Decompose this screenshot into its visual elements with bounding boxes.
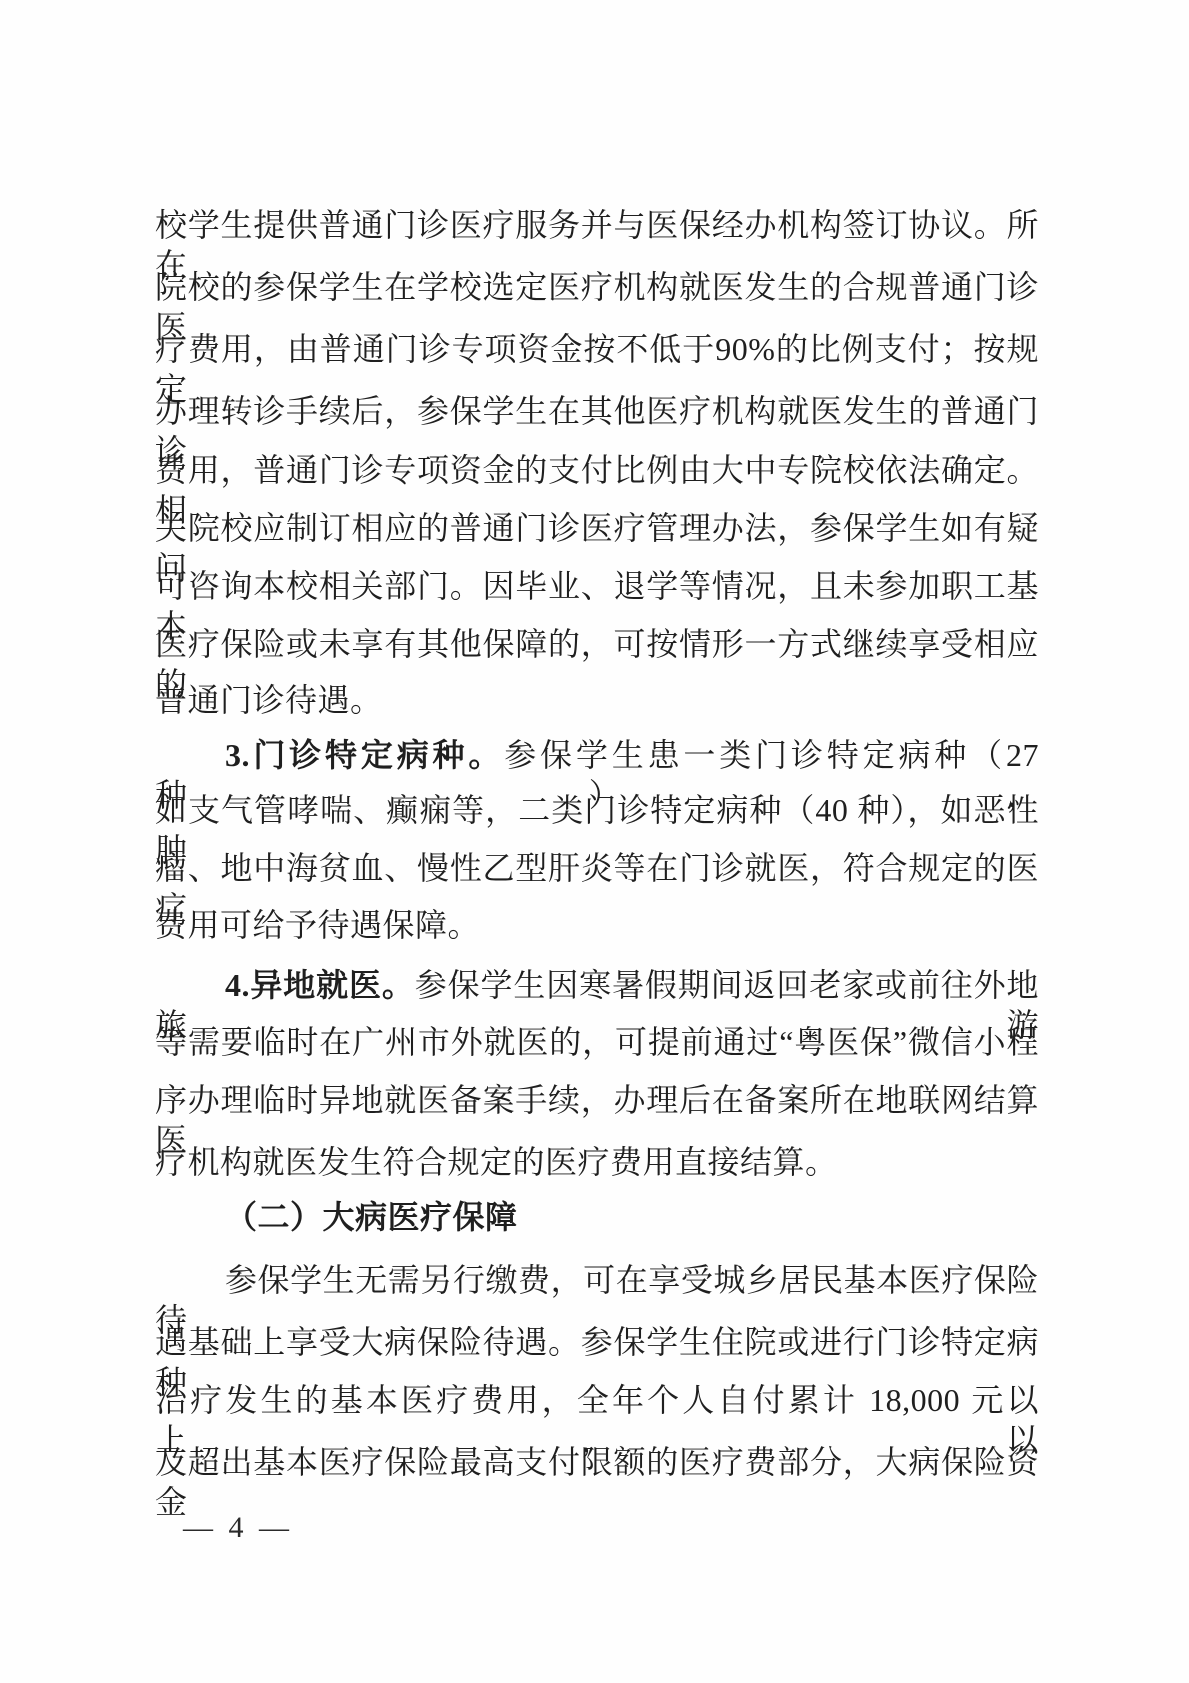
text-line-9: 普通门诊待遇。	[155, 680, 1039, 720]
document-page: 校学生提供普通门诊医疗服务并与医保经办机构签订协议。所在 院校的参保学生在学校选…	[0, 0, 1189, 1683]
page-number: — 4 —	[183, 1508, 293, 1548]
text-run: 等需要临时在广州市外就医的，可提前通过“粤医保”微信小程	[155, 1024, 1039, 1060]
text-line-17: 疗机构就医发生符合规定的医疗费用直接结算。	[155, 1142, 1039, 1182]
section-heading: （二）大病医疗保障	[155, 1197, 1039, 1237]
text-line-13: 费用可给予待遇保障。	[155, 905, 1039, 945]
bold-run: （二）大病医疗保障	[225, 1199, 518, 1235]
text-run: 普通门诊待遇。	[155, 682, 383, 718]
bold-run: 4.异地就医。	[225, 967, 415, 1003]
text-run: 费用可给予待遇保障。	[155, 907, 480, 943]
bold-run: 3.门诊特定病种。	[225, 737, 504, 773]
text-run: 疗机构就医发生符合规定的医疗费用直接结算。	[155, 1144, 838, 1180]
text-line-15: 等需要临时在广州市外就医的，可提前通过“粤医保”微信小程	[155, 1022, 1039, 1062]
